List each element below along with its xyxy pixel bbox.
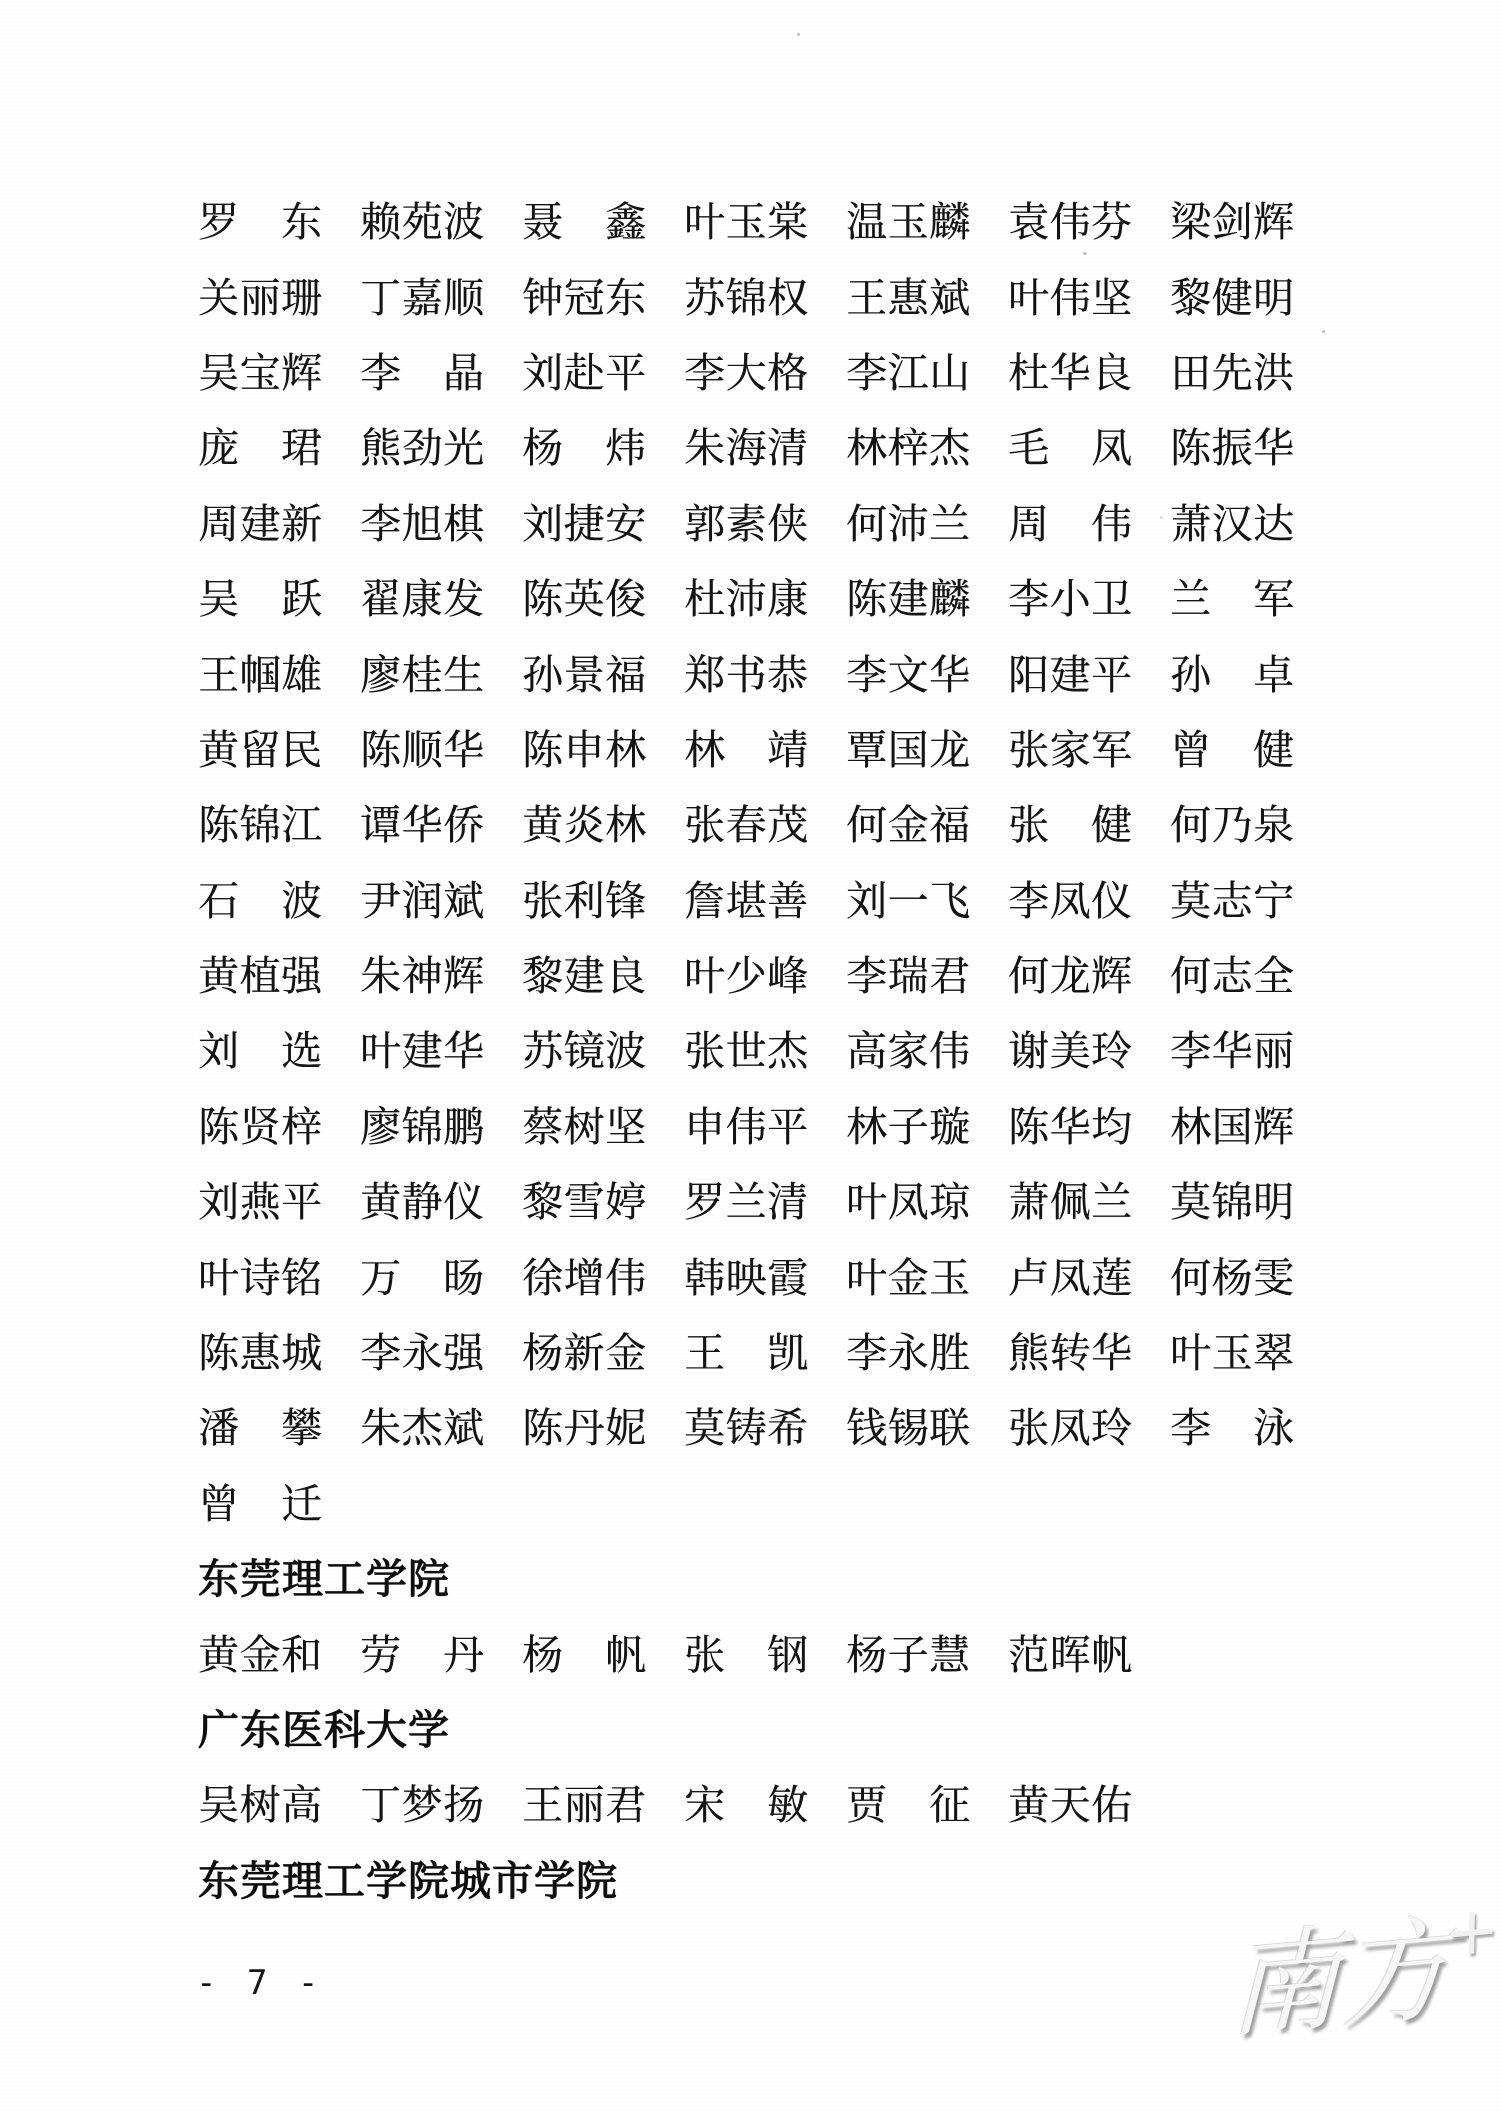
person-name: 关丽珊 — [198, 278, 322, 319]
person-name: 周伟 — [1008, 504, 1132, 545]
person-name: 宋敏 — [684, 1785, 808, 1826]
document-page: 罗东赖苑波聂鑫叶玉棠温玉麟袁伟芬梁剑辉关丽珊丁嘉顺钟冠东苏锦权王惠斌叶伟坚黎健明… — [0, 0, 1500, 2117]
person-name: 萧汉达 — [1170, 504, 1294, 545]
institution-header: 广东医科大学 — [198, 1710, 450, 1751]
person-name: 韩映霞 — [684, 1258, 808, 1299]
person-name: 卢凤莲 — [1008, 1258, 1132, 1299]
scan-speck — [1083, 252, 1087, 255]
person-name: 何乃泉 — [1170, 805, 1294, 846]
institution-header: 东莞理工学院 — [198, 1559, 450, 1600]
person-name: 熊转华 — [1008, 1333, 1132, 1374]
person-name: 丁梦扬 — [360, 1785, 484, 1826]
name-row: 黄金和劳丹杨帆张钢杨子慧范晖帆 — [198, 1617, 1378, 1692]
person-name: 黄静仪 — [360, 1182, 484, 1223]
person-name: 罗兰清 — [684, 1182, 808, 1223]
person-name: 高家伟 — [846, 1031, 970, 1072]
person-name: 钱锡联 — [846, 1408, 970, 1449]
person-name: 潘攀 — [198, 1408, 322, 1449]
person-name: 李凤仪 — [1008, 881, 1132, 922]
person-name: 刘选 — [198, 1031, 322, 1072]
person-name: 苏锦权 — [684, 278, 808, 319]
person-name: 黄天佑 — [1008, 1785, 1132, 1826]
name-row: 吴树高丁梦扬王丽君宋敏贾征黄天佑 — [198, 1768, 1378, 1843]
name-row: 王帼雄廖桂生孙景福郑书恭李文华阳建平孙卓 — [198, 637, 1378, 712]
person-name: 蔡树坚 — [522, 1107, 646, 1148]
person-name: 李文华 — [846, 655, 970, 696]
person-name: 陈丹妮 — [522, 1408, 646, 1449]
scan-speck — [1322, 330, 1325, 333]
person-name: 孙卓 — [1170, 655, 1294, 696]
page-number: - 7 - — [196, 1966, 323, 2000]
person-name: 李泳 — [1170, 1408, 1294, 1449]
person-name: 陈惠城 — [198, 1333, 322, 1374]
name-row: 关丽珊丁嘉顺钟冠东苏锦权王惠斌叶伟坚黎健明 — [198, 260, 1378, 335]
person-name: 莫铸希 — [684, 1408, 808, 1449]
name-row: 叶诗铭万旸徐增伟韩映霞叶金玉卢凤莲何杨雯 — [198, 1240, 1378, 1315]
name-row: 曾迁 — [198, 1467, 1378, 1542]
name-row: 罗东赖苑波聂鑫叶玉棠温玉麟袁伟芬梁剑辉 — [198, 185, 1378, 260]
person-name: 万旸 — [360, 1258, 484, 1299]
person-name: 陈贤梓 — [198, 1107, 322, 1148]
person-name: 田先洪 — [1170, 353, 1294, 394]
person-name: 刘一飞 — [846, 881, 970, 922]
person-name: 叶玉棠 — [684, 202, 808, 243]
person-name: 聂鑫 — [522, 202, 646, 243]
person-name: 郑书恭 — [684, 655, 808, 696]
person-name: 张钢 — [684, 1635, 808, 1676]
person-name: 叶玉翠 — [1170, 1333, 1294, 1374]
name-row: 陈贤梓廖锦鹏蔡树坚申伟平林子璇陈华均林国辉 — [198, 1090, 1378, 1165]
person-name: 谢美玲 — [1008, 1031, 1132, 1072]
person-name: 何志全 — [1170, 956, 1294, 997]
person-name: 石波 — [198, 881, 322, 922]
person-name: 覃国龙 — [846, 730, 970, 771]
person-name: 庞珺 — [198, 428, 322, 469]
person-name: 李晶 — [360, 353, 484, 394]
person-name: 劳丹 — [360, 1635, 484, 1676]
person-name: 林靖 — [684, 730, 808, 771]
person-name: 尹润斌 — [360, 881, 484, 922]
person-name: 丁嘉顺 — [360, 278, 484, 319]
person-name: 黎雪婷 — [522, 1182, 646, 1223]
person-name: 黄留民 — [198, 730, 322, 771]
person-name: 陈英俊 — [522, 579, 646, 620]
person-name: 李旭棋 — [360, 504, 484, 545]
person-name: 张凤玲 — [1008, 1408, 1132, 1449]
person-name: 叶金玉 — [846, 1258, 970, 1299]
institution-header: 东莞理工学院城市学院 — [198, 1861, 618, 1902]
person-name: 詹堪善 — [684, 881, 808, 922]
person-name: 李永胜 — [846, 1333, 970, 1374]
person-name: 朱杰斌 — [360, 1408, 484, 1449]
person-name: 孙景福 — [522, 655, 646, 696]
person-name: 刘赴平 — [522, 353, 646, 394]
person-name: 谭华侨 — [360, 805, 484, 846]
person-name: 陈申林 — [522, 730, 646, 771]
person-name: 梁剑辉 — [1170, 202, 1294, 243]
person-name: 张利锋 — [522, 881, 646, 922]
person-name: 黄炎林 — [522, 805, 646, 846]
person-name: 黄植强 — [198, 956, 322, 997]
person-name: 萧佩兰 — [1008, 1182, 1132, 1223]
person-name: 杨新金 — [522, 1333, 646, 1374]
institution-header-row: 东莞理工学院 — [198, 1542, 1378, 1617]
name-row: 周建新李旭棋刘捷安郭素侠何沛兰周伟萧汉达 — [198, 487, 1378, 562]
person-name: 李江山 — [846, 353, 970, 394]
person-name: 周建新 — [198, 504, 322, 545]
name-row: 吴跃翟康发陈英俊杜沛康陈建麟李小卫兰军 — [198, 562, 1378, 637]
person-name: 苏镜波 — [522, 1031, 646, 1072]
person-name: 莫志宁 — [1170, 881, 1294, 922]
name-row: 陈锦江谭华侨黄炎林张春茂何金福张健何乃泉 — [198, 788, 1378, 863]
watermark-text: 南方 — [1227, 1904, 1452, 2054]
person-name: 杨子慧 — [846, 1635, 970, 1676]
person-name: 兰军 — [1170, 579, 1294, 620]
person-name: 陈振华 — [1170, 428, 1294, 469]
name-row: 陈惠城李永强杨新金王凯李永胜熊转华叶玉翠 — [198, 1316, 1378, 1391]
person-name: 叶凤琼 — [846, 1182, 970, 1223]
person-name: 廖锦鹏 — [360, 1107, 484, 1148]
name-row: 潘攀朱杰斌陈丹妮莫铸希钱锡联张凤玲李泳 — [198, 1391, 1378, 1466]
person-name: 何杨雯 — [1170, 1258, 1294, 1299]
person-name: 王帼雄 — [198, 655, 322, 696]
name-row: 黄植强朱神辉黎建良叶少峰李瑞君何龙辉何志全 — [198, 939, 1378, 1014]
person-name: 杜华良 — [1008, 353, 1132, 394]
person-name: 吴宝辉 — [198, 353, 322, 394]
person-name: 钟冠东 — [522, 278, 646, 319]
person-name: 李永强 — [360, 1333, 484, 1374]
person-name: 杨炜 — [522, 428, 646, 469]
scan-speck — [1160, 516, 1163, 519]
person-name: 叶诗铭 — [198, 1258, 322, 1299]
person-name: 张健 — [1008, 805, 1132, 846]
person-name: 叶伟坚 — [1008, 278, 1132, 319]
name-row: 黄留民陈顺华陈申林林靖覃国龙张家军曾健 — [198, 713, 1378, 788]
person-name: 林国辉 — [1170, 1107, 1294, 1148]
name-row: 庞珺熊劲光杨炜朱海清林梓杰毛凤陈振华 — [198, 411, 1378, 486]
nanfang-plus-watermark: 南方+ — [1227, 1896, 1499, 2045]
person-name: 朱海清 — [684, 428, 808, 469]
person-name: 徐增伟 — [522, 1258, 646, 1299]
person-name: 叶少峰 — [684, 956, 808, 997]
person-name: 陈建麟 — [846, 579, 970, 620]
person-name: 申伟平 — [684, 1107, 808, 1148]
person-name: 袁伟芬 — [1008, 202, 1132, 243]
person-name: 莫锦明 — [1170, 1182, 1294, 1223]
person-name: 张春茂 — [684, 805, 808, 846]
person-name: 毛凤 — [1008, 428, 1132, 469]
name-row: 吴宝辉李晶刘赴平李大格李江山杜华良田先洪 — [198, 336, 1378, 411]
person-name: 曾健 — [1170, 730, 1294, 771]
person-name: 曾迁 — [198, 1484, 322, 1525]
institution-header-row: 广东医科大学 — [198, 1693, 1378, 1768]
person-name: 张世杰 — [684, 1031, 808, 1072]
person-name: 黎健明 — [1170, 278, 1294, 319]
person-name: 李华丽 — [1170, 1031, 1294, 1072]
person-name: 黄金和 — [198, 1635, 322, 1676]
person-name: 朱神辉 — [360, 956, 484, 997]
person-name: 郭素侠 — [684, 504, 808, 545]
person-name: 王丽君 — [522, 1785, 646, 1826]
name-row: 刘选叶建华苏镜波张世杰高家伟谢美玲李华丽 — [198, 1014, 1378, 1089]
person-name: 林子璇 — [846, 1107, 970, 1148]
person-name: 熊劲光 — [360, 428, 484, 469]
person-name: 罗东 — [198, 202, 322, 243]
name-row: 刘燕平黄静仪黎雪婷罗兰清叶凤琼萧佩兰莫锦明 — [198, 1165, 1378, 1240]
person-name: 李大格 — [684, 353, 808, 394]
person-name: 张家军 — [1008, 730, 1132, 771]
person-name: 林梓杰 — [846, 428, 970, 469]
person-name: 李瑞君 — [846, 956, 970, 997]
person-name: 刘燕平 — [198, 1182, 322, 1223]
watermark-plus-icon: + — [1444, 1890, 1500, 1972]
person-name: 赖苑波 — [360, 202, 484, 243]
person-name: 杨帆 — [522, 1635, 646, 1676]
person-name: 吴跃 — [198, 579, 322, 620]
person-name: 何龙辉 — [1008, 956, 1132, 997]
person-name: 刘捷安 — [522, 504, 646, 545]
person-name: 阳建平 — [1008, 655, 1132, 696]
person-name: 陈锦江 — [198, 805, 322, 846]
person-name: 黎建良 — [522, 956, 646, 997]
person-name: 陈顺华 — [360, 730, 484, 771]
institution-header-row: 东莞理工学院城市学院 — [198, 1844, 1378, 1919]
person-name: 王凯 — [684, 1333, 808, 1374]
name-row: 石波尹润斌张利锋詹堪善刘一飞李凤仪莫志宁 — [198, 864, 1378, 939]
person-name: 何金福 — [846, 805, 970, 846]
person-name: 叶建华 — [360, 1031, 484, 1072]
person-name: 温玉麟 — [846, 202, 970, 243]
person-name: 贾征 — [846, 1785, 970, 1826]
person-name: 范晖帆 — [1008, 1635, 1132, 1676]
honor-name-list: 罗东赖苑波聂鑫叶玉棠温玉麟袁伟芬梁剑辉关丽珊丁嘉顺钟冠东苏锦权王惠斌叶伟坚黎健明… — [198, 185, 1378, 1919]
person-name: 廖桂生 — [360, 655, 484, 696]
person-name: 翟康发 — [360, 579, 484, 620]
person-name: 王惠斌 — [846, 278, 970, 319]
person-name: 何沛兰 — [846, 504, 970, 545]
person-name: 杜沛康 — [684, 579, 808, 620]
person-name: 李小卫 — [1008, 579, 1132, 620]
scan-speck — [797, 33, 800, 36]
person-name: 陈华均 — [1008, 1107, 1132, 1148]
person-name: 吴树高 — [198, 1785, 322, 1826]
